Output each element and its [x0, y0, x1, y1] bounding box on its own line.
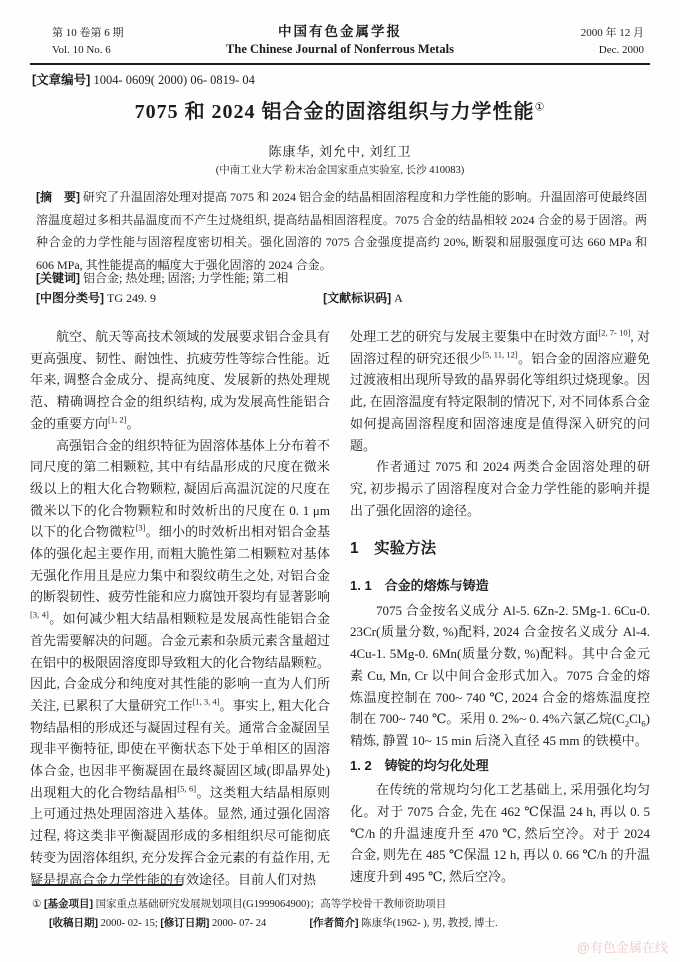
volume-issue-cn: 第 10 卷第 6 期: [30, 24, 278, 40]
abstract-label: [摘 要]: [36, 190, 80, 204]
received-date-value: 2000- 02- 15;: [101, 918, 158, 929]
subsection-heading-homogenization: 1. 2 铸锭的均匀化处理: [350, 755, 650, 777]
journal-title-cn: 中国有色金属学报: [278, 20, 402, 40]
section-heading-experimental-method: 1 实验方法: [350, 538, 650, 560]
footnote-divider: [32, 884, 182, 886]
paragraph-aging-research: 处理工艺的研究与发展主要集中在时效方面[2, 7- 10], 对固溶过程的研究还…: [350, 326, 650, 456]
author-bio-value: 陈康华(1962- ), 男, 教授, 博士.: [361, 918, 498, 929]
abstract: [摘 要] 研究了升温固溶处理对提高 7075 和 2024 铝合金的结晶相固溶…: [36, 186, 647, 276]
funding-label: [基金项目]: [44, 898, 93, 910]
footnote: ① [基金项目] 国家重点基础研究发展规划项目(G1999064900)；高等学…: [32, 884, 650, 933]
keywords: [关键词] 铝合金; 热处理; 固溶; 力学性能; 第二相: [36, 269, 647, 286]
affiliation: (中南工业大学 粉末冶金国家重点实验室, 长沙 410083): [0, 162, 680, 177]
keywords-text: 铝合金; 热处理; 固溶; 力学性能; 第二相: [83, 271, 288, 285]
author-bio-label: [作者简介]: [310, 917, 359, 929]
revised-date-value: 2000- 07- 24: [212, 918, 266, 929]
journal-title-en: The Chinese Journal of Nonferrous Metals: [226, 42, 454, 57]
classification-row: [中图分类号] TG 249. 9 [文献标识码] A: [36, 289, 647, 306]
site-watermark: @有色金属在线: [577, 937, 668, 956]
abstract-text: 研究了升温固溶处理对提高 7075 和 2024 铝合金的结晶相固溶程度和力学性…: [36, 190, 647, 272]
paper-title: 7075 和 2024 铝合金的固溶组织与力学性能①: [0, 95, 680, 124]
funding-text: 国家重点基础研究发展规划项目(G1999064900)；高等学校骨干教师资助项目: [96, 899, 447, 910]
revised-date-label: [修订日期]: [160, 917, 209, 929]
paragraph-homogenization-process: 在传统的常规均匀化工艺基础上, 采用强化均匀化。对于 7075 合金, 先在 4…: [350, 779, 650, 888]
right-column: 处理工艺的研究与发展主要集中在时效方面[2, 7- 10], 对固溶过程的研究还…: [350, 326, 650, 894]
issue-date-en: Dec. 2000: [454, 44, 650, 56]
footnote-dates-line: [收稿日期] 2000- 02- 15; [修订日期] 2000- 07- 24…: [32, 914, 650, 933]
paragraph-study-purpose: 作者通过 7075 和 2024 两类合金固溶处理的研究, 初步揭示了固溶程度对…: [350, 456, 650, 521]
subsection-heading-melting-casting: 1. 1 合金的熔炼与铸造: [350, 575, 650, 597]
journal-header: 第 10 卷第 6 期 中国有色金属学报 2000 年 12 月 Vol. 10…: [30, 20, 650, 65]
document-code-value: A: [394, 291, 403, 305]
article-number-value: 1004- 0609( 2000) 06- 0819- 04: [93, 73, 254, 87]
left-column: 航空、航天等高技术领域的发展要求铝合金具有更高强度、韧性、耐蚀性、抗疲劳性等综合…: [30, 326, 330, 894]
authors: 陈康华, 刘允中, 刘红卫: [0, 141, 680, 160]
keywords-label: [关键词]: [36, 271, 80, 285]
paragraph-alloy-composition: 7075 合金按名义成分 Al-5. 6Zn-2. 5Mg-1. 6Cu-0. …: [350, 600, 650, 752]
paragraph-intro: 航空、航天等高技术领域的发展要求铝合金具有更高强度、韧性、耐蚀性、抗疲劳性等综合…: [30, 326, 330, 435]
title-footnote-marker: ①: [535, 101, 546, 113]
paper-page: 第 10 卷第 6 期 中国有色金属学报 2000 年 12 月 Vol. 10…: [0, 0, 680, 962]
paper-title-text: 7075 和 2024 铝合金的固溶组织与力学性能: [135, 101, 535, 123]
received-date-label: [收稿日期]: [49, 917, 98, 929]
paragraph-microstructure: 高强铝合金的组织特征为固溶体基体上分布着不同尺度的第二相颗粒, 其中有结晶形成的…: [30, 435, 330, 891]
body-columns: 航空、航天等高技术领域的发展要求铝合金具有更高强度、韧性、耐蚀性、抗疲劳性等综合…: [30, 326, 650, 894]
document-code: [文献标识码] A: [323, 289, 403, 306]
clc-value: TG 249. 9: [107, 291, 156, 305]
clc-number: [中图分类号] TG 249. 9: [36, 289, 323, 306]
clc-label: [中图分类号]: [36, 291, 104, 305]
article-number-label: [文章编号]: [32, 73, 90, 87]
issue-date-cn: 2000 年 12 月: [402, 24, 650, 40]
volume-issue-en: Vol. 10 No. 6: [30, 44, 226, 56]
footnote-marker: ①: [32, 899, 41, 910]
article-number: [文章编号] 1004- 0609( 2000) 06- 0819- 04: [32, 70, 255, 88]
document-code-label: [文献标识码]: [323, 291, 391, 305]
footnote-funding-line: ① [基金项目] 国家重点基础研究发展规划项目(G1999064900)；高等学…: [32, 895, 650, 914]
